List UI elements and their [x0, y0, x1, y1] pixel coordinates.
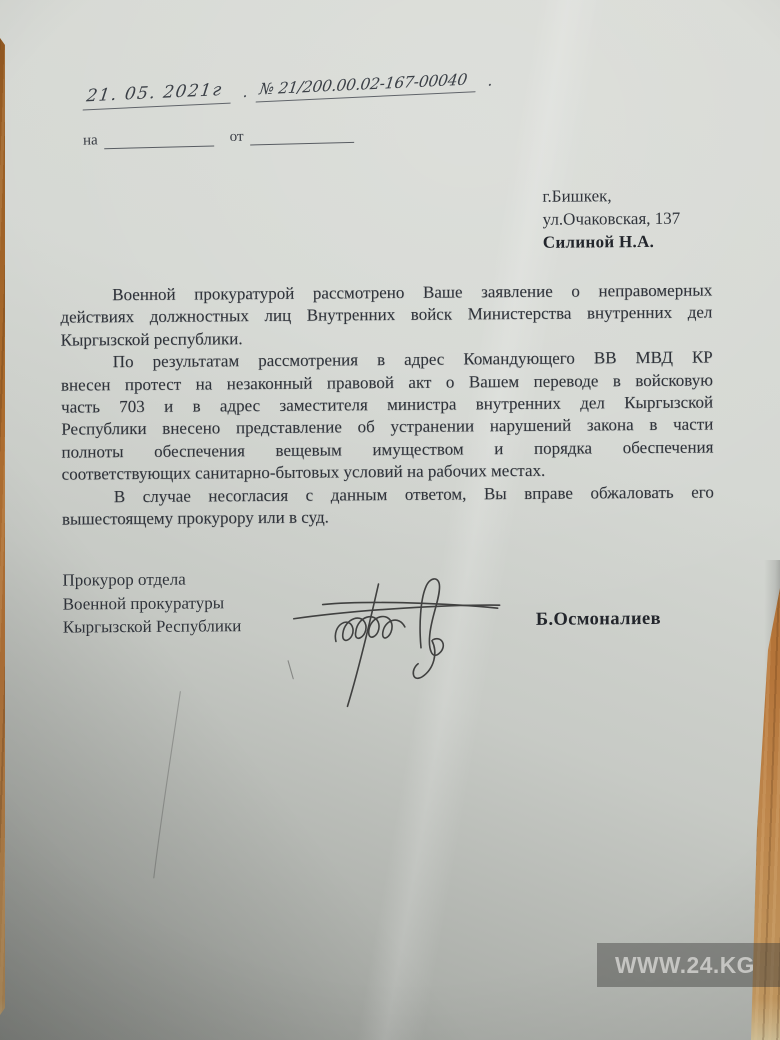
paper-sheet: 21. 05. 2021г . № 21/200.00.02-167-00040… [0, 0, 780, 1040]
paragraph-line: вышестоящему прокурору или в суд. [62, 504, 714, 532]
recipient-block: г.Бишкек, ул.Очаковская, 137 Силиной Н.А… [542, 184, 680, 254]
photo-of-document: 21. 05. 2021г . № 21/200.00.02-167-00040… [0, 0, 780, 1040]
watermark-badge: WWW.24.KG [597, 943, 780, 987]
stamp-date-handwritten: 21. 05. 2021г [83, 79, 234, 110]
recipient-city: г.Бишкек, [542, 184, 680, 208]
paragraph: По результатам рассмотрения в адрес Кома… [61, 347, 714, 487]
na-label: на [83, 132, 98, 149]
stamp-line: 21. 05. 2021г . № 21/200.00.02-167-00040… [84, 68, 493, 111]
blank-underline [249, 128, 353, 146]
signature-title-line: Кыргызской Республики [63, 614, 242, 639]
signature-title-block: Прокурор отдела Военной прокуратуры Кырг… [62, 567, 241, 639]
recipient-name: Силиной Н.А. [543, 230, 681, 254]
signature-title-line: Военной прокуратуры [63, 591, 242, 616]
paragraph: Военной прокуратурой рассмотрено Ваше за… [60, 279, 713, 351]
signature-title-line: Прокурор отдела [62, 567, 241, 592]
body-paragraphs: Военной прокуратурой рассмотрено Ваше за… [60, 279, 714, 531]
stamp-separator-dot: . [242, 82, 248, 103]
watermark-text: WWW.24.KG [615, 952, 755, 979]
blank-underline [104, 131, 214, 149]
recipient-street: ул.Очаковская, 137 [543, 207, 681, 231]
paragraph: В случае несогласия с данным ответом, Вы… [62, 481, 714, 531]
stamp-trailing-dot: . [487, 71, 493, 92]
stamp-number-handwritten: № 21/200.00.02-167-00040 [256, 70, 479, 102]
reference-line: на от [83, 126, 354, 150]
letter-content: 21. 05. 2021г . № 21/200.00.02-167-00040… [0, 0, 780, 1040]
signer-name: Б.Осмоналиев [536, 609, 661, 631]
ot-label: от [229, 129, 243, 146]
